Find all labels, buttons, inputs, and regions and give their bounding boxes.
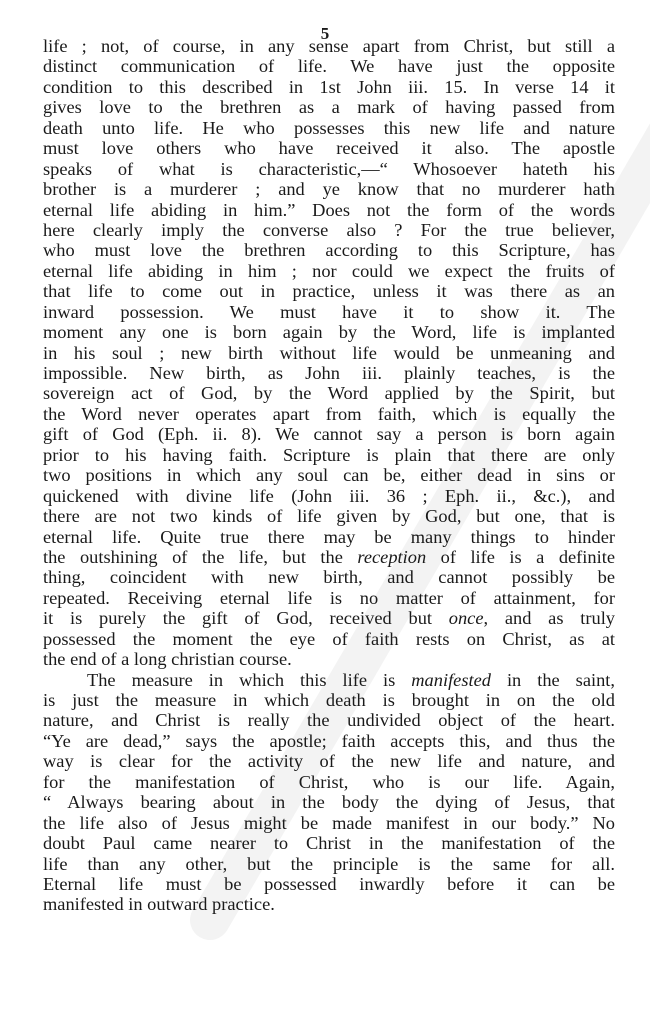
text-run: eternal life abiding in him.” Does not t…: [43, 200, 615, 220]
text-run: here clearly imply the converse also ? F…: [43, 220, 615, 240]
text-line: nature, and Christ is really the undivid…: [43, 710, 615, 730]
text-run: condition to this described in 1st John …: [43, 77, 615, 97]
text-line: doubt Paul came nearer to Christ in the …: [43, 833, 615, 853]
text-line: the outshining of the life, but the rece…: [43, 547, 615, 567]
text-run: quickened with divine life (John iii. 36…: [43, 486, 615, 506]
text-run: of life is a definite: [426, 547, 615, 567]
text-run: inward possession. We must have it to sh…: [43, 302, 615, 322]
text-line: is just the measure in which death is br…: [43, 690, 615, 710]
paragraph: The measure in which this life is manife…: [43, 670, 615, 915]
text-line: for the manifestation of Christ, who is …: [43, 772, 615, 792]
text-run: doubt Paul came nearer to Christ in the …: [43, 833, 615, 853]
text-run: speaks of what is characteristic,—“ Whos…: [43, 159, 615, 179]
text-line: thing, coincident with new birth, and ca…: [43, 567, 615, 587]
text-run: that life to come out in practice, unles…: [43, 281, 615, 301]
text-run: there are not two kinds of life given by…: [43, 506, 615, 526]
document-page: 5 life ; not, of course, in any sense ap…: [0, 0, 650, 1019]
text-run: the outshining of the life, but the: [43, 547, 357, 567]
text-line: two positions in which any soul can be, …: [43, 465, 615, 485]
text-run: eternal life. Quite true there may be ma…: [43, 527, 615, 547]
text-run: for the manifestation of Christ, who is …: [43, 772, 615, 792]
text-line: possessed the moment the eye of faith re…: [43, 629, 615, 649]
italic-text: manifested: [411, 670, 491, 690]
text-run: repeated. Receiving eternal life is no m…: [43, 588, 615, 608]
text-run: brother is a murderer ; and ye know that…: [43, 179, 615, 199]
text-line: the end of a long christian course.: [43, 649, 615, 669]
text-line: sovereign act of God, by the Word applie…: [43, 383, 615, 403]
text-run: is just the measure in which death is br…: [43, 690, 615, 710]
text-run: in the saint,: [491, 670, 615, 690]
text-run: possessed the moment the eye of faith re…: [43, 629, 615, 649]
text-run: “ Always bearing about in the body the d…: [43, 792, 615, 812]
text-run: eternal life abiding in him ; nor could …: [43, 261, 615, 281]
text-line: “Ye are dead,” says the apostle; faith a…: [43, 731, 615, 751]
text-line: manifested in outward practice.: [43, 894, 615, 914]
text-run: gift of God (Eph. ii. 8). We cannot say …: [43, 424, 615, 444]
text-line: eternal life. Quite true there may be ma…: [43, 527, 615, 547]
text-line: moment any one is born again by the Word…: [43, 322, 615, 342]
text-run: sovereign act of God, by the Word applie…: [43, 383, 615, 403]
text-line: prior to his having faith. Scripture is …: [43, 445, 615, 465]
italic-text: reception: [357, 547, 426, 567]
text-line: the Word never operates apart from faith…: [43, 404, 615, 424]
text-line: eternal life abiding in him.” Does not t…: [43, 200, 615, 220]
text-line: in his soul ; new birth without life wou…: [43, 343, 615, 363]
text-run: two positions in which any soul can be, …: [43, 465, 615, 485]
text-line: condition to this described in 1st John …: [43, 77, 615, 97]
text-run: impossible. New birth, as John iii. plai…: [43, 363, 615, 383]
text-line: that life to come out in practice, unles…: [43, 281, 615, 301]
text-run: it is purely the gift of God, received b…: [43, 608, 449, 628]
text-line: inward possession. We must have it to sh…: [43, 302, 615, 322]
body-text: life ; not, of course, in any sense apar…: [43, 36, 615, 915]
text-line: there are not two kinds of life given by…: [43, 506, 615, 526]
text-run: thing, coincident with new birth, and ca…: [43, 567, 615, 587]
text-run: distinct communication of life. We have …: [43, 56, 615, 76]
text-run: in his soul ; new birth without life wou…: [43, 343, 615, 363]
paragraph: life ; not, of course, in any sense apar…: [43, 36, 615, 670]
text-run: moment any one is born again by the Word…: [43, 322, 615, 342]
text-run: the end of a long christian course.: [43, 649, 292, 669]
text-line: it is purely the gift of God, received b…: [43, 608, 615, 628]
text-line: who must love the brethren according to …: [43, 240, 615, 260]
text-run: manifested in outward practice.: [43, 894, 275, 914]
text-line: life ; not, of course, in any sense apar…: [43, 36, 615, 56]
text-line: eternal life abiding in him ; nor could …: [43, 261, 615, 281]
text-run: gives love to the brethren as a mark of …: [43, 97, 615, 117]
text-run: the Word never operates apart from faith…: [43, 404, 615, 424]
italic-text: once: [449, 608, 484, 628]
text-run: life than any other, but the principle i…: [43, 854, 615, 874]
text-line: gift of God (Eph. ii. 8). We cannot say …: [43, 424, 615, 444]
text-run: who must love the brethren according to …: [43, 240, 615, 260]
text-line: impossible. New birth, as John iii. plai…: [43, 363, 615, 383]
text-line: speaks of what is characteristic,—“ Whos…: [43, 159, 615, 179]
text-line: the life also of Jesus might be made man…: [43, 813, 615, 833]
text-line: repeated. Receiving eternal life is no m…: [43, 588, 615, 608]
text-run: nature, and Christ is really the undivid…: [43, 710, 615, 730]
text-line: “ Always bearing about in the body the d…: [43, 792, 615, 812]
text-run: Eternal life must be possessed inwardly …: [43, 874, 615, 894]
text-run: , and as truly: [483, 608, 615, 628]
text-run: The measure in which this life is: [87, 670, 411, 690]
text-run: prior to his having faith. Scripture is …: [43, 445, 615, 465]
text-line: death unto life. He who possesses this n…: [43, 118, 615, 138]
text-line: distinct communication of life. We have …: [43, 56, 615, 76]
text-line: way is clear for the activity of the new…: [43, 751, 615, 771]
text-line: life than any other, but the principle i…: [43, 854, 615, 874]
text-line: brother is a murderer ; and ye know that…: [43, 179, 615, 199]
text-run: way is clear for the activity of the new…: [43, 751, 615, 771]
text-run: life ; not, of course, in any sense apar…: [43, 36, 615, 56]
text-line: must love others who have received it al…: [43, 138, 615, 158]
text-run: “Ye are dead,” says the apostle; faith a…: [43, 731, 615, 751]
text-line: gives love to the brethren as a mark of …: [43, 97, 615, 117]
text-line: Eternal life must be possessed inwardly …: [43, 874, 615, 894]
text-line: quickened with divine life (John iii. 36…: [43, 486, 615, 506]
text-line: here clearly imply the converse also ? F…: [43, 220, 615, 240]
text-run: must love others who have received it al…: [43, 138, 615, 158]
text-line: The measure in which this life is manife…: [43, 670, 615, 690]
text-run: the life also of Jesus might be made man…: [43, 813, 615, 833]
text-run: death unto life. He who possesses this n…: [43, 118, 615, 138]
